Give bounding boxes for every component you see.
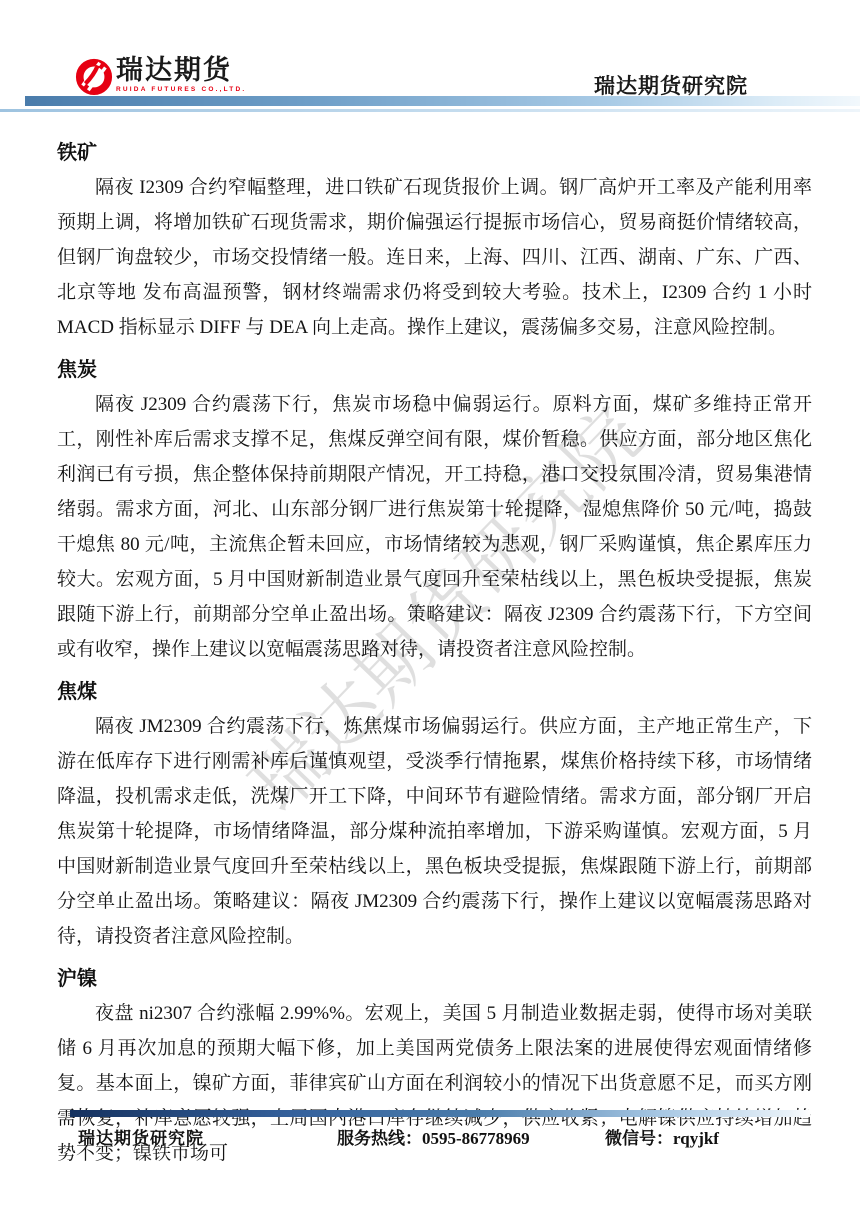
page-footer: 瑞达期货研究院 服务热线：0595-86778969 微信号：rqyjkf (0, 1124, 860, 1150)
section-heading-iron-ore: 铁矿 (57, 140, 812, 166)
brand-name-en: RUIDA FUTURES CO.,LTD. (116, 86, 246, 93)
section-coking-coal: 焦煤 隔夜 JM2309 合约震荡下行，炼焦煤市场偏弱运行。供应方面，主产地正常… (57, 679, 812, 954)
brand-name-cn: 瑞达期货 (116, 56, 246, 84)
footer-wechat-id: rqyjkf (673, 1129, 719, 1148)
footer-institute-name: 瑞达期货研究院 (78, 1124, 204, 1149)
section-coke: 焦炭 隔夜 J2309 合约震荡下行，焦炭市场稳中偏弱运行。原料方面，煤矿多维持… (57, 357, 812, 667)
section-heading-coking-coal: 焦煤 (57, 679, 812, 705)
footer-hotline-number: 0595-86778969 (422, 1129, 530, 1148)
footer-hotline: 服务热线：0595-86778969 (337, 1124, 530, 1149)
header-divider-bar (25, 96, 860, 106)
section-paragraph-iron-ore: 隔夜 I2309 合约窄幅整理，进口铁矿石现货报价上调。钢厂高炉开工率及产能利用… (57, 170, 812, 345)
footer-divider-bar (70, 1110, 810, 1117)
page-header: 瑞达期货 RUIDA FUTURES CO.,LTD. 瑞达期货研究院 (0, 0, 860, 115)
section-paragraph-coke: 隔夜 J2309 合约震荡下行，焦炭市场稳中偏弱运行。原料方面，煤矿多维持正常开… (57, 387, 812, 667)
brand-logo: 瑞达期货 RUIDA FUTURES CO.,LTD. (75, 56, 246, 96)
report-body: 铁矿 隔夜 I2309 合约窄幅整理，进口铁矿石现货报价上调。钢厂高炉开工率及产… (57, 140, 812, 1171)
section-iron-ore: 铁矿 隔夜 I2309 合约窄幅整理，进口铁矿石现货报价上调。钢厂高炉开工率及产… (57, 140, 812, 345)
footer-hotline-label: 服务热线： (337, 1129, 422, 1148)
footer-wechat: 微信号：rqyjkf (605, 1124, 719, 1149)
section-heading-shanghai-nickel: 沪镍 (57, 966, 812, 992)
ruida-logo-icon (75, 56, 113, 96)
footer-wechat-label: 微信号： (605, 1129, 673, 1148)
section-heading-coke: 焦炭 (57, 357, 812, 383)
header-divider-thin-line (0, 109, 860, 112)
section-paragraph-coking-coal: 隔夜 JM2309 合约震荡下行，炼焦煤市场偏弱运行。供应方面，主产地正常生产，… (57, 709, 812, 954)
